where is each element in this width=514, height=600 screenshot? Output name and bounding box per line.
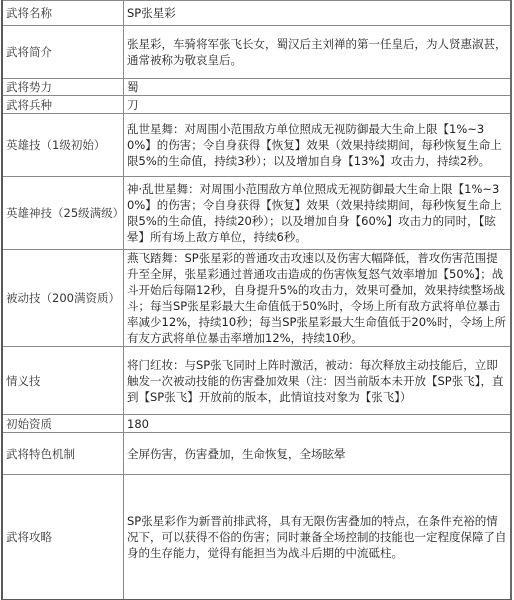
label-general-intro: 武将简介 [2,26,124,79]
value-general-intro: 张星彩，车骑将军张飞长女，蜀汉后主刘禅的第一任皇后，为人贤惠淑甚，通常被称为敬哀… [124,26,512,79]
row-bond-skill: 情义技 将门红妆：与SP张飞同时上阵时激活，被动：每次释放主动技能后，立即触发一… [2,347,511,415]
row-hero-skill: 英雄技（1级初始） 乱世星舞：对周围小范围敌方单位照成无视防御最大生命上限【1%… [2,114,511,177]
value-troop-type: 刀 [124,96,512,114]
general-info-table: 武将名称 SP张星彩 武将简介 张星彩，车骑将军张飞长女，蜀汉后主刘禅的第一任皇… [1,0,512,600]
row-strategy: 武将攻略 SP张星彩作为新晋前排武将，具有无限伤害叠加的特点，在条件充裕的情况下… [2,475,511,600]
label-initial-aptitude: 初始资质 [2,415,124,433]
value-bond-skill: 将门红妆：与SP张飞同时上阵时激活，被动：每次释放主动技能后，立即触发一次被动技… [124,347,512,415]
row-faction: 武将势力 蜀 [2,79,511,96]
label-hero-skill: 英雄技（1级初始） [2,114,124,177]
value-special-mechanics: 全屏伤害，伤害叠加，生命恢复，全场眩晕 [124,433,512,475]
value-general-name: SP张星彩 [124,1,512,26]
label-strategy: 武将攻略 [2,475,124,600]
row-initial-aptitude: 初始资质 180 [2,415,511,433]
value-initial-aptitude: 180 [124,415,512,433]
row-special-mechanics: 武将特色机制 全屏伤害，伤害叠加，生命恢复，全场眩晕 [2,433,511,475]
label-troop-type: 武将兵种 [2,96,124,114]
label-faction: 武将势力 [2,79,124,96]
label-passive-skill: 被动技（200满资质） [2,250,124,347]
value-hero-skill: 乱世星舞：对周围小范围敌方单位照成无视防御最大生命上限【1%~30%】的伤害；令… [124,114,512,177]
label-bond-skill: 情义技 [2,347,124,415]
value-strategy: SP张星彩作为新晋前排武将，具有无限伤害叠加的特点，在条件充裕的情况下，可以获得… [124,475,512,600]
label-special-mechanics: 武将特色机制 [2,433,124,475]
value-hero-divine-skill: 神·乱世星舞：对周围小范围敌方单位照成无视防御最大生命上限【1%~30%】的伤害… [124,177,512,250]
row-general-intro: 武将简介 张星彩，车骑将军张飞长女，蜀汉后主刘禅的第一任皇后，为人贤惠淑甚，通常… [2,26,511,79]
row-troop-type: 武将兵种 刀 [2,96,511,114]
value-passive-skill: 燕飞踏舞：SP张星彩的普通攻击攻速以及伤害大幅降低，普攻伤害范围提升至全屏，张星… [124,250,512,347]
row-passive-skill: 被动技（200满资质） 燕飞踏舞：SP张星彩的普通攻击攻速以及伤害大幅降低，普攻… [2,250,511,347]
label-hero-divine-skill: 英雄神技（25级满级） [2,177,124,250]
label-general-name: 武将名称 [2,1,124,26]
row-hero-divine-skill: 英雄神技（25级满级） 神·乱世星舞：对周围小范围敌方单位照成无视防御最大生命上… [2,177,511,250]
value-faction: 蜀 [124,79,512,96]
row-general-name: 武将名称 SP张星彩 [2,1,511,26]
